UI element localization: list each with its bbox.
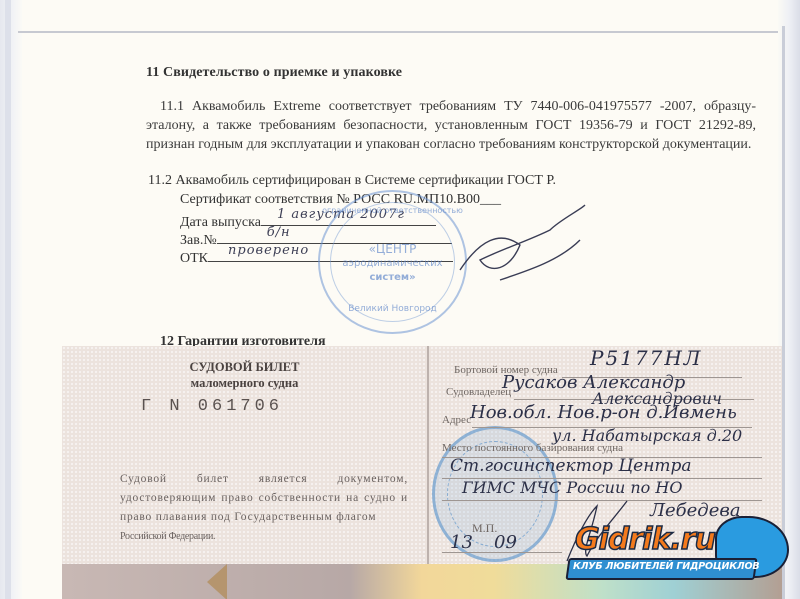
hull-number-value: Р5177НЛ bbox=[590, 346, 703, 370]
ticket-description: Судовой билет является документом, удост… bbox=[120, 470, 408, 546]
page-right-fold bbox=[782, 26, 785, 599]
ticket-subtitle: маломерного судна bbox=[62, 376, 427, 391]
otk-value: проверено bbox=[228, 243, 309, 258]
section-11-title: 11 Свидетельство о приемке и упаковке bbox=[146, 65, 402, 81]
address-value: Нов.обл. Нов.р-он д.Ивмень bbox=[470, 402, 737, 423]
date-month: 09 bbox=[494, 532, 517, 553]
brand-tagline: КЛУБ ЛЮБИТЕЛЕЙ ГИДРОЦИКЛОВ bbox=[573, 561, 759, 572]
scan-left-edge bbox=[0, 0, 22, 599]
serial-number-label: Зав.№ bbox=[180, 233, 217, 248]
ticket-cover-page: СУДОВОЙ БИЛЕТ маломерного судна Г N 0617… bbox=[62, 346, 427, 599]
address-label: Адрес bbox=[442, 414, 471, 426]
signature-otk bbox=[440, 200, 590, 290]
page-top-rule bbox=[18, 31, 783, 33]
brand-name: Gidrik.ru bbox=[575, 522, 715, 557]
paragraph-11-1: 11.1 Аквамобиль Extreme соответствует тр… bbox=[146, 97, 756, 154]
paragraph-11-2: 11.2 Аквамобиль сертифицирован в Системе… bbox=[148, 173, 556, 189]
band-arrow-shape bbox=[207, 564, 227, 599]
otk-label: ОТК bbox=[180, 251, 208, 266]
issuer-value-2: ГИМС МЧС России по НО bbox=[462, 478, 682, 497]
gidrik-watermark-logo: Gidrik.ru КЛУБ ЛЮБИТЕЛЕЙ ГИДРОЦИКЛОВ bbox=[565, 516, 785, 584]
paragraph-11-1-text: 11.1 Аквамобиль Extreme соответствует тр… bbox=[146, 99, 756, 152]
ticket-fold bbox=[427, 346, 429, 599]
date-day: 13 bbox=[450, 532, 473, 553]
ticket-number: Г N 061706 bbox=[62, 397, 362, 416]
release-date-label: Дата выпуска bbox=[180, 215, 261, 230]
serial-number-value: б/н bbox=[267, 225, 291, 240]
home-port-label: Место постоянного базирования судна bbox=[442, 442, 623, 454]
issuer-value: Ст.госинспектор Центра bbox=[450, 456, 692, 476]
ticket-title: СУДОВОЙ БИЛЕТ bbox=[62, 360, 427, 375]
